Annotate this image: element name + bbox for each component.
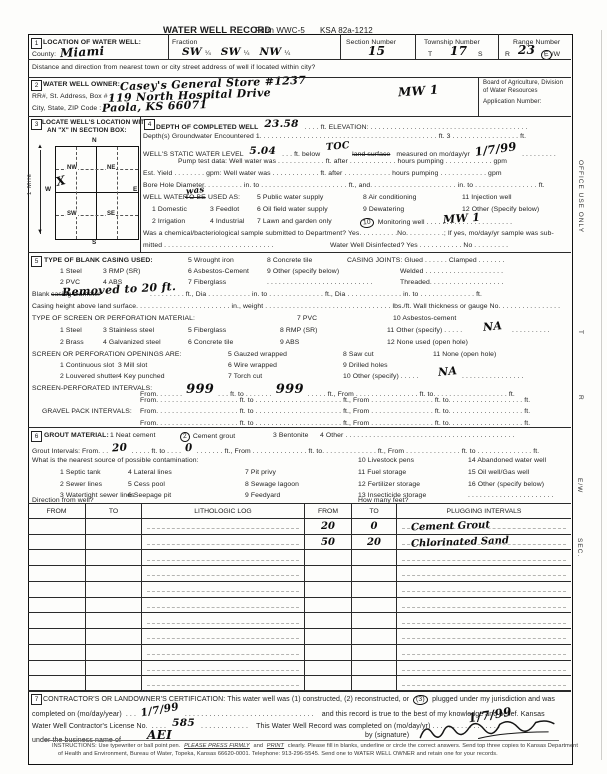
screen-option-1: 1 Steel xyxy=(60,327,82,334)
table-row xyxy=(28,628,571,644)
fraction-3: NW xyxy=(260,46,282,58)
cell-to xyxy=(86,535,142,550)
cell-plug-from xyxy=(305,613,352,628)
contam-option-2: 2 Sewer lines xyxy=(60,481,102,488)
cell-plug-desc xyxy=(397,676,571,691)
cert-post: plugged under my jurisdiction and was xyxy=(432,696,555,703)
cell-to xyxy=(86,661,142,676)
use-option-2: 2 Irrigation xyxy=(152,218,185,225)
contam-option-11: 11 Fuel storage xyxy=(358,469,406,476)
screen-option-11: 11 Other (specify) . . . . . xyxy=(387,327,462,334)
screen-option-4: 4 Galvanized steel xyxy=(103,339,161,346)
divider-s1-v1 xyxy=(168,34,169,59)
fill-line xyxy=(147,528,299,529)
swl-post: measured on mo/day/yr xyxy=(396,151,470,158)
header-plug-from: FROM xyxy=(305,504,352,518)
township-value: 17 xyxy=(450,44,467,58)
divider-s4-s5 xyxy=(28,252,571,253)
section4-number: 4 xyxy=(144,119,155,130)
quad-ne: NE xyxy=(106,165,116,171)
by-signature-label: by (signature) xyxy=(365,732,409,739)
fill-line xyxy=(147,560,299,561)
contam-option-9: 9 Feedyard xyxy=(245,492,280,499)
contam-option-15: 15 Oil well/Gas well xyxy=(468,469,529,476)
casing-joints-label: CASING JOINTS: Glued . . . . . . Clamped… xyxy=(347,257,505,264)
table-row xyxy=(28,565,571,581)
openings-title: SCREEN OR PERFORATION OPENINGS ARE: xyxy=(32,351,182,358)
fill-line xyxy=(147,654,299,655)
gravel-line2: From. . . . . . . . . . . . . . . . . . … xyxy=(140,420,530,427)
grout-option-2-circled: 2 xyxy=(180,432,191,443)
contam-other-dots: . . . . . . . . . . . . . . . . . . . . … xyxy=(468,492,554,499)
cell-plug-to: 20 xyxy=(352,535,397,550)
quad-se: SE xyxy=(106,211,116,217)
section6-number: 6 xyxy=(31,431,42,442)
table-row: 50 20 Chlorinated Sand xyxy=(28,534,571,550)
openings-option-6: 6 Wire wrapped xyxy=(228,362,277,369)
contam-option-10: 10 Livestock pens xyxy=(358,457,414,464)
cell-to xyxy=(86,519,142,534)
screen-option-3: 3 Stainless steel xyxy=(103,327,154,334)
cell-plug-desc xyxy=(397,550,571,565)
section5-number: 5 xyxy=(31,256,42,267)
grout-option-2-label: Cement grout xyxy=(193,433,235,440)
use-option-10-circled: 10 xyxy=(360,217,375,228)
grout-option-3: 3 Bentonite xyxy=(273,432,309,439)
section2-number: 2 xyxy=(31,80,42,91)
section1-number: 1 xyxy=(31,38,42,49)
section-number-value: 15 xyxy=(368,44,385,58)
cell-plug-desc xyxy=(397,613,571,628)
township-t: T xyxy=(428,51,432,58)
distance-question: Distance and direction from nearest town… xyxy=(32,64,315,71)
spi-line2: From. . . . . . . . . . . . . . . . . . … xyxy=(140,397,530,404)
use-option-10-label: Monitoring well xyxy=(378,219,425,226)
cell-plug-desc xyxy=(397,629,571,644)
cell-from xyxy=(28,676,86,691)
openings-option-8: 8 Saw cut xyxy=(343,351,374,358)
certification-line1: CONTRACTOR'S OR LANDOWNER'S CERTIFICATIO… xyxy=(43,695,555,705)
use-handwritten: was xyxy=(186,185,205,197)
fill-line xyxy=(402,560,566,561)
compass-s: S xyxy=(92,239,96,246)
cell-plug-desc: Chlorinated Sand xyxy=(397,535,571,550)
blank-casing-pre: Blank xyxy=(32,291,50,298)
gravel-line1: From. . . . . . . . . . . . . . . . . . … xyxy=(140,408,530,415)
range-w: /W xyxy=(552,51,561,58)
casing-option-8: 8 Concrete tile xyxy=(267,257,312,264)
contam-option-12: 12 Fertilizer storage xyxy=(358,481,420,488)
grout-option-1: 1 Neat cement xyxy=(110,432,156,439)
swl-struck-land-surface: land surface xyxy=(352,151,390,158)
swl-mid: . . . ft. below xyxy=(282,151,320,158)
cell-to xyxy=(86,629,142,644)
spi-label: SCREEN-PERFORATED INTERVALS: xyxy=(32,385,152,392)
quarter-3: ¼ xyxy=(285,50,291,57)
margin-ew-label: E/W xyxy=(576,478,583,493)
compass-w: W xyxy=(45,186,51,193)
use-option-8: 8 Air conditioning xyxy=(363,194,417,201)
fill-line xyxy=(147,638,299,639)
casing-option-6: 6 Asbestos-Cement xyxy=(188,268,249,275)
grout-title: GROUT MATERIAL: xyxy=(44,432,109,439)
casing-option-5: 5 Wrought iron xyxy=(188,257,234,264)
cell-from xyxy=(28,582,86,597)
grout-intervals-mid: . . . . . ft. to . . . . xyxy=(131,448,181,455)
contam-option-14: 14 Abandoned water well xyxy=(468,457,546,464)
depth-label: DEPTH OF COMPLETED WELL xyxy=(156,124,258,131)
section3-number: 3 xyxy=(31,119,42,130)
section7-number: 7 xyxy=(31,694,42,705)
table-row xyxy=(28,660,571,676)
casing-threaded: Threaded. . . . . . . . . . . . . . . . … xyxy=(400,279,503,286)
casing-height-line: Casing height above land surface. . . . … xyxy=(32,303,560,310)
quarter-1: ¼ xyxy=(205,50,211,57)
quad-nw: NW xyxy=(66,165,78,171)
est-yield-line: Est. Yield . . . . . . . . gpm: Well wat… xyxy=(143,170,502,177)
header-from: FROM xyxy=(28,504,86,518)
city-label: City, State, ZIP Code : xyxy=(32,105,101,112)
completed-dots2: . . . . . . . . . . . . . . . . . . . . … xyxy=(185,711,314,718)
screen-option-7: 7 PVC xyxy=(297,315,317,322)
use-post: USED AS: xyxy=(208,194,240,201)
cell-plug-from xyxy=(305,598,352,613)
cell-log xyxy=(142,519,305,534)
header-lithologic-log: LITHOLOGIC LOG xyxy=(142,504,305,518)
instructions-line1: INSTRUCTIONS: Use typewriter or ball poi… xyxy=(52,743,578,749)
openings-option-10: 10 Other (specify) . . . . . xyxy=(343,373,419,380)
section-box-center-hline xyxy=(56,192,138,193)
use-option-3: 3 Feedlot xyxy=(210,206,239,213)
cell-plug-desc xyxy=(397,582,571,597)
openings-option-3: 3 Mill slot xyxy=(118,362,147,369)
grout-option-2: 2 Cement grout xyxy=(180,432,235,442)
cell-plug-desc xyxy=(397,598,571,613)
fill-line xyxy=(147,685,299,686)
cell-log xyxy=(142,676,305,691)
water-well-record-form: WATER WELL RECORD Form WWC-5 KSA 82a-121… xyxy=(0,0,607,774)
cell-from xyxy=(28,598,86,613)
cell-plug-to xyxy=(352,550,397,565)
contam-option-4: 4 Lateral lines xyxy=(128,469,172,476)
cell-log xyxy=(142,629,305,644)
table-row: 20 0 Cement Grout xyxy=(28,518,571,534)
range-r: R xyxy=(505,51,510,58)
depth-post: . . . . ft. ELEVATION: . . . . . . . . .… xyxy=(305,124,528,131)
swl-label: WELL'S STATIC WATER LEVEL xyxy=(143,151,243,158)
grout-option-4: 4 Other . . . . . . . . . . . . . . . . … xyxy=(320,432,514,439)
application-number-label: Application Number: xyxy=(483,98,542,105)
cell-log xyxy=(142,582,305,597)
use-option-1: 1 Domestic xyxy=(152,206,187,213)
board-label: Board of Agriculture, Division of Water … xyxy=(483,80,569,96)
cell-plug-desc xyxy=(397,566,571,581)
locate-line2: AN "X" IN SECTION BOX: xyxy=(47,127,127,134)
contam-option-6: 6 Seepage pit xyxy=(128,492,171,499)
screen-option-12: 12 None used (open hole) xyxy=(387,339,468,346)
ins-press-firmly: PLEASE PRESS FIRMLY xyxy=(184,743,250,749)
header-to: TO xyxy=(86,504,142,518)
quad-sw: SW xyxy=(66,211,78,217)
completed-dots1: . . . xyxy=(126,711,136,718)
contam-option-16: 16 Other (specify below) xyxy=(468,481,544,488)
address-label: RR#, St. Address, Box # : xyxy=(32,93,112,100)
casing-other-dots: . . . . . . . . . . . . . . . . . . . . … xyxy=(267,279,372,286)
divider-table-s7 xyxy=(28,690,571,691)
header-plugging-intervals: PLUGGING INTERVALS xyxy=(397,504,571,518)
office-use-only-label: OFFICE USE ONLY xyxy=(577,160,584,233)
mitted-line: mitted . . . . . . . . . . . . . . . . .… xyxy=(143,242,273,249)
divider-s2-v xyxy=(478,77,479,116)
cell-to xyxy=(86,550,142,565)
license-number: 585 xyxy=(172,717,195,729)
divider-s1-s2 xyxy=(28,77,571,78)
cell-log xyxy=(142,598,305,613)
page-edge-shadow xyxy=(601,30,602,760)
ins-e: clearly. Please fill in blanks, underlin… xyxy=(288,743,578,749)
cell-plug-to xyxy=(352,629,397,644)
contam-option-8: 8 Sewage lagoon xyxy=(245,481,299,488)
screen-other-dots: . . . . . . . . . . xyxy=(512,327,550,334)
section-box-dash-v1 xyxy=(76,147,77,239)
casing-welded: Welded . . . . . . . . . . . . . . . . .… xyxy=(400,268,503,275)
screen-option-8: 8 RMP (SR) xyxy=(280,327,318,334)
casing-option-1: 1 Steel xyxy=(60,268,82,275)
section-box-dash-v2 xyxy=(117,147,118,239)
county-value: Miami xyxy=(60,44,105,60)
casing-option-7: 7 Fiberglass xyxy=(188,279,226,286)
cell-log xyxy=(142,661,305,676)
divider-s1-v4 xyxy=(498,34,499,59)
grout-intervals-pre: Grout Intervals: From. . . xyxy=(32,448,108,455)
openings-option-5: 5 Gauzed wrapped xyxy=(228,351,287,358)
cell-from xyxy=(28,550,86,565)
swl-dots: . . . . . . . . . xyxy=(522,151,556,158)
cell-to xyxy=(86,645,142,660)
cell-plug-desc: Cement Grout xyxy=(397,519,571,534)
grout-intervals-line: Grout Intervals: From. . . 20 . . . . . … xyxy=(32,444,539,456)
pump-test-line: Pump test data: Well water was . . . . .… xyxy=(178,158,507,165)
fill-line xyxy=(402,638,566,639)
divider-s3-s4 xyxy=(140,116,141,252)
grout-from-value: 20 xyxy=(112,441,128,454)
use-option-10: 10 Monitoring well . . . . . . . . . . .… xyxy=(360,218,512,228)
openings-option-9: 9 Drilled holes xyxy=(343,362,388,369)
groundwater-line: Depth(s) Groundwater Encountered 1. . . … xyxy=(143,133,526,140)
cell-to xyxy=(86,598,142,613)
cell-plug-from xyxy=(305,676,352,691)
cell-plug-to xyxy=(352,566,397,581)
fill-line xyxy=(147,607,299,608)
casing-option-9: 9 Other (specify below) xyxy=(267,268,339,275)
fill-line xyxy=(147,544,299,545)
fill-line xyxy=(402,654,566,655)
cell-plug-to xyxy=(352,661,397,676)
openings-option-1: 1 Continuous slot xyxy=(60,362,114,369)
fill-line xyxy=(402,623,566,624)
fraction-2: SW xyxy=(221,46,241,58)
cell-to xyxy=(86,566,142,581)
contam-option-7: 7 Pit privy xyxy=(245,469,276,476)
grout-intervals-post: . . . . . . . ft., From . . . . . . . . … xyxy=(197,448,540,455)
fill-line xyxy=(147,591,299,592)
contam-option-5: 5 Cess pool xyxy=(128,481,165,488)
use-option-9: 9 Dewatering xyxy=(363,206,404,213)
cell-log xyxy=(142,645,305,660)
ins-and: and xyxy=(254,743,264,749)
cell-log xyxy=(142,613,305,628)
openings-option-4: 4 Key punched xyxy=(118,373,165,380)
mile-arrow-up: ▲ xyxy=(37,144,43,150)
table-row xyxy=(28,644,571,660)
cell-plug-to xyxy=(352,645,397,660)
fill-line xyxy=(402,685,566,686)
fraction-value: SW¼ SW¼ NW¼ xyxy=(182,46,290,58)
fill-line xyxy=(402,575,566,576)
cell-plug-desc xyxy=(397,645,571,660)
mile-arrow-down: ▼ xyxy=(37,229,43,235)
spi-value-2: 999 xyxy=(276,382,304,397)
openings-option-11: 11 None (open hole) xyxy=(433,351,496,358)
use-pre: WELL WATER xyxy=(143,194,188,201)
cell-plug-to xyxy=(352,582,397,597)
fill-line xyxy=(402,591,566,592)
disinfected-line: Water Well Disinfected? Yes . . . . . . … xyxy=(330,242,508,249)
fill-line xyxy=(147,670,299,671)
screen-option-5: 5 Fiberglass xyxy=(188,327,226,334)
table-header-row: FROM TO LITHOLOGIC LOG FROM TO PLUGGING … xyxy=(28,504,571,518)
township-s: S xyxy=(478,51,483,58)
contam-option-1: 1 Septic tank xyxy=(60,469,101,476)
cell-plug-to: 0 xyxy=(352,519,397,534)
section-location-box: NW NE SW SE xyxy=(55,146,139,240)
depth-value: 23.58 xyxy=(264,118,298,130)
cell-to xyxy=(86,582,142,597)
cell-from xyxy=(28,645,86,660)
contamination-question: What is the nearest source of possible c… xyxy=(32,457,199,464)
cell-plug-to xyxy=(352,613,397,628)
cell-plug-from xyxy=(305,645,352,660)
openings-other-na: NA xyxy=(437,364,457,379)
screen-other-na: NA xyxy=(482,319,502,334)
cert-3-circled: (3) xyxy=(413,694,429,705)
blank-casing-post: . . . . . . . . . ft., Dia . . . . . . .… xyxy=(150,291,482,298)
range-value: 23 xyxy=(518,43,535,57)
static-water-level-line: WELL'S STATIC WATER LEVEL 5.04 . . . ft.… xyxy=(143,145,556,159)
cell-plug-to xyxy=(352,598,397,613)
header-plug-to: TO xyxy=(352,504,397,518)
monitoring-well-id: MW 1 xyxy=(398,83,439,100)
license-label: Water Well Contractor's License No. xyxy=(32,723,148,730)
divider-s1-v3 xyxy=(415,34,416,59)
table-row xyxy=(28,612,571,628)
divider-s5-s6 xyxy=(28,427,571,428)
cell-to xyxy=(86,613,142,628)
table-row xyxy=(28,675,571,691)
ins-a: INSTRUCTIONS: Use typewriter or ball poi… xyxy=(52,743,180,749)
monitoring-well-value: MW 1 xyxy=(443,211,481,227)
cell-log xyxy=(142,550,305,565)
openings-option-7: 7 Torch cut xyxy=(228,373,262,380)
cell-plug-from xyxy=(305,550,352,565)
cell-from xyxy=(28,566,86,581)
table-row xyxy=(28,549,571,565)
cell-from xyxy=(28,661,86,676)
sample-line: Was a chemical/bacteriological sample su… xyxy=(143,230,554,237)
cell-plug-from xyxy=(305,661,352,676)
depth-line: DEPTH OF COMPLETED WELL 23.58 . . . . ft… xyxy=(156,120,528,132)
table-row xyxy=(28,581,571,597)
cell-from xyxy=(28,629,86,644)
fraction-label: Fraction xyxy=(172,39,197,46)
cert-pre: CONTRACTOR'S OR LANDOWNER'S CERTIFICATIO… xyxy=(43,696,409,703)
cell-plug-to xyxy=(352,676,397,691)
divider-s2-s3 xyxy=(28,116,571,117)
grout-to-value: 0 xyxy=(185,442,193,455)
screen-option-2: 2 Brass xyxy=(60,339,84,346)
cell-plug-from xyxy=(305,566,352,581)
divider-s1-v2 xyxy=(340,34,341,59)
screen-option-6: 6 Concrete tile xyxy=(188,339,233,346)
margin-t-label: T xyxy=(577,330,584,335)
cell-to xyxy=(86,676,142,691)
fill-line xyxy=(147,623,299,624)
locate-line1: LOCATE WELL'S LOCATION WITH xyxy=(42,119,149,126)
mile-arrow-line xyxy=(40,150,41,234)
completed-label: completed on (mo/day/year) xyxy=(32,711,122,718)
fill-line xyxy=(402,670,566,671)
cell-plug-from xyxy=(305,582,352,597)
fraction-1: SW xyxy=(182,46,202,58)
cell-plug-desc xyxy=(397,661,571,676)
use-option-5: 5 Public water supply xyxy=(257,194,323,201)
cell-from xyxy=(28,535,86,550)
cell-plug-from: 20 xyxy=(305,519,352,534)
table-row xyxy=(28,597,571,613)
casing-title: TYPE OF BLANK CASING USED: xyxy=(44,257,153,264)
license-dots2: . . . . . . . . . . . . xyxy=(201,723,248,730)
instructions-divider xyxy=(45,740,559,741)
use-option-6: 6 Oil field water supply xyxy=(257,206,328,213)
cell-from xyxy=(28,519,86,534)
cell-log xyxy=(142,566,305,581)
openings-other-dots: . . . . . . . . . . . . . . . . xyxy=(462,373,524,380)
fill-line xyxy=(147,575,299,576)
toc-annotation: TOC xyxy=(326,140,351,153)
owner-label: WATER WELL OWNER: xyxy=(43,81,120,88)
screen-option-10: 10 Asbestos-cement xyxy=(393,315,456,322)
margin-r-label: R xyxy=(577,395,584,401)
compass-n: N xyxy=(92,137,97,144)
cell-plug-from: 50 xyxy=(305,535,352,550)
gravel-pack-label: GRAVEL PACK INTERVALS: xyxy=(42,408,132,415)
screen-option-9: 9 ABS xyxy=(280,339,299,346)
record-completed-label: This Water Well Record was completed on … xyxy=(256,723,430,730)
swl-value: 5.04 xyxy=(249,145,276,157)
cell-from xyxy=(28,613,86,628)
ins-print: PRINT xyxy=(267,743,284,749)
cell-log xyxy=(142,535,305,550)
margin-sec-label: SEC. xyxy=(576,538,583,557)
divider-s1-values xyxy=(28,59,571,60)
lithologic-plugging-table: FROM TO LITHOLOGIC LOG FROM TO PLUGGING … xyxy=(28,503,571,692)
use-option-4: 4 Industrial xyxy=(210,218,244,225)
screen-material-title: TYPE OF SCREEN OR PERFORATION MATERIAL: xyxy=(32,315,195,322)
county-label: County: xyxy=(32,51,56,58)
use-option-7: 7 Lawn and garden only xyxy=(257,218,332,225)
cell-plug-from xyxy=(305,629,352,644)
spi-value-1: 999 xyxy=(186,382,214,397)
